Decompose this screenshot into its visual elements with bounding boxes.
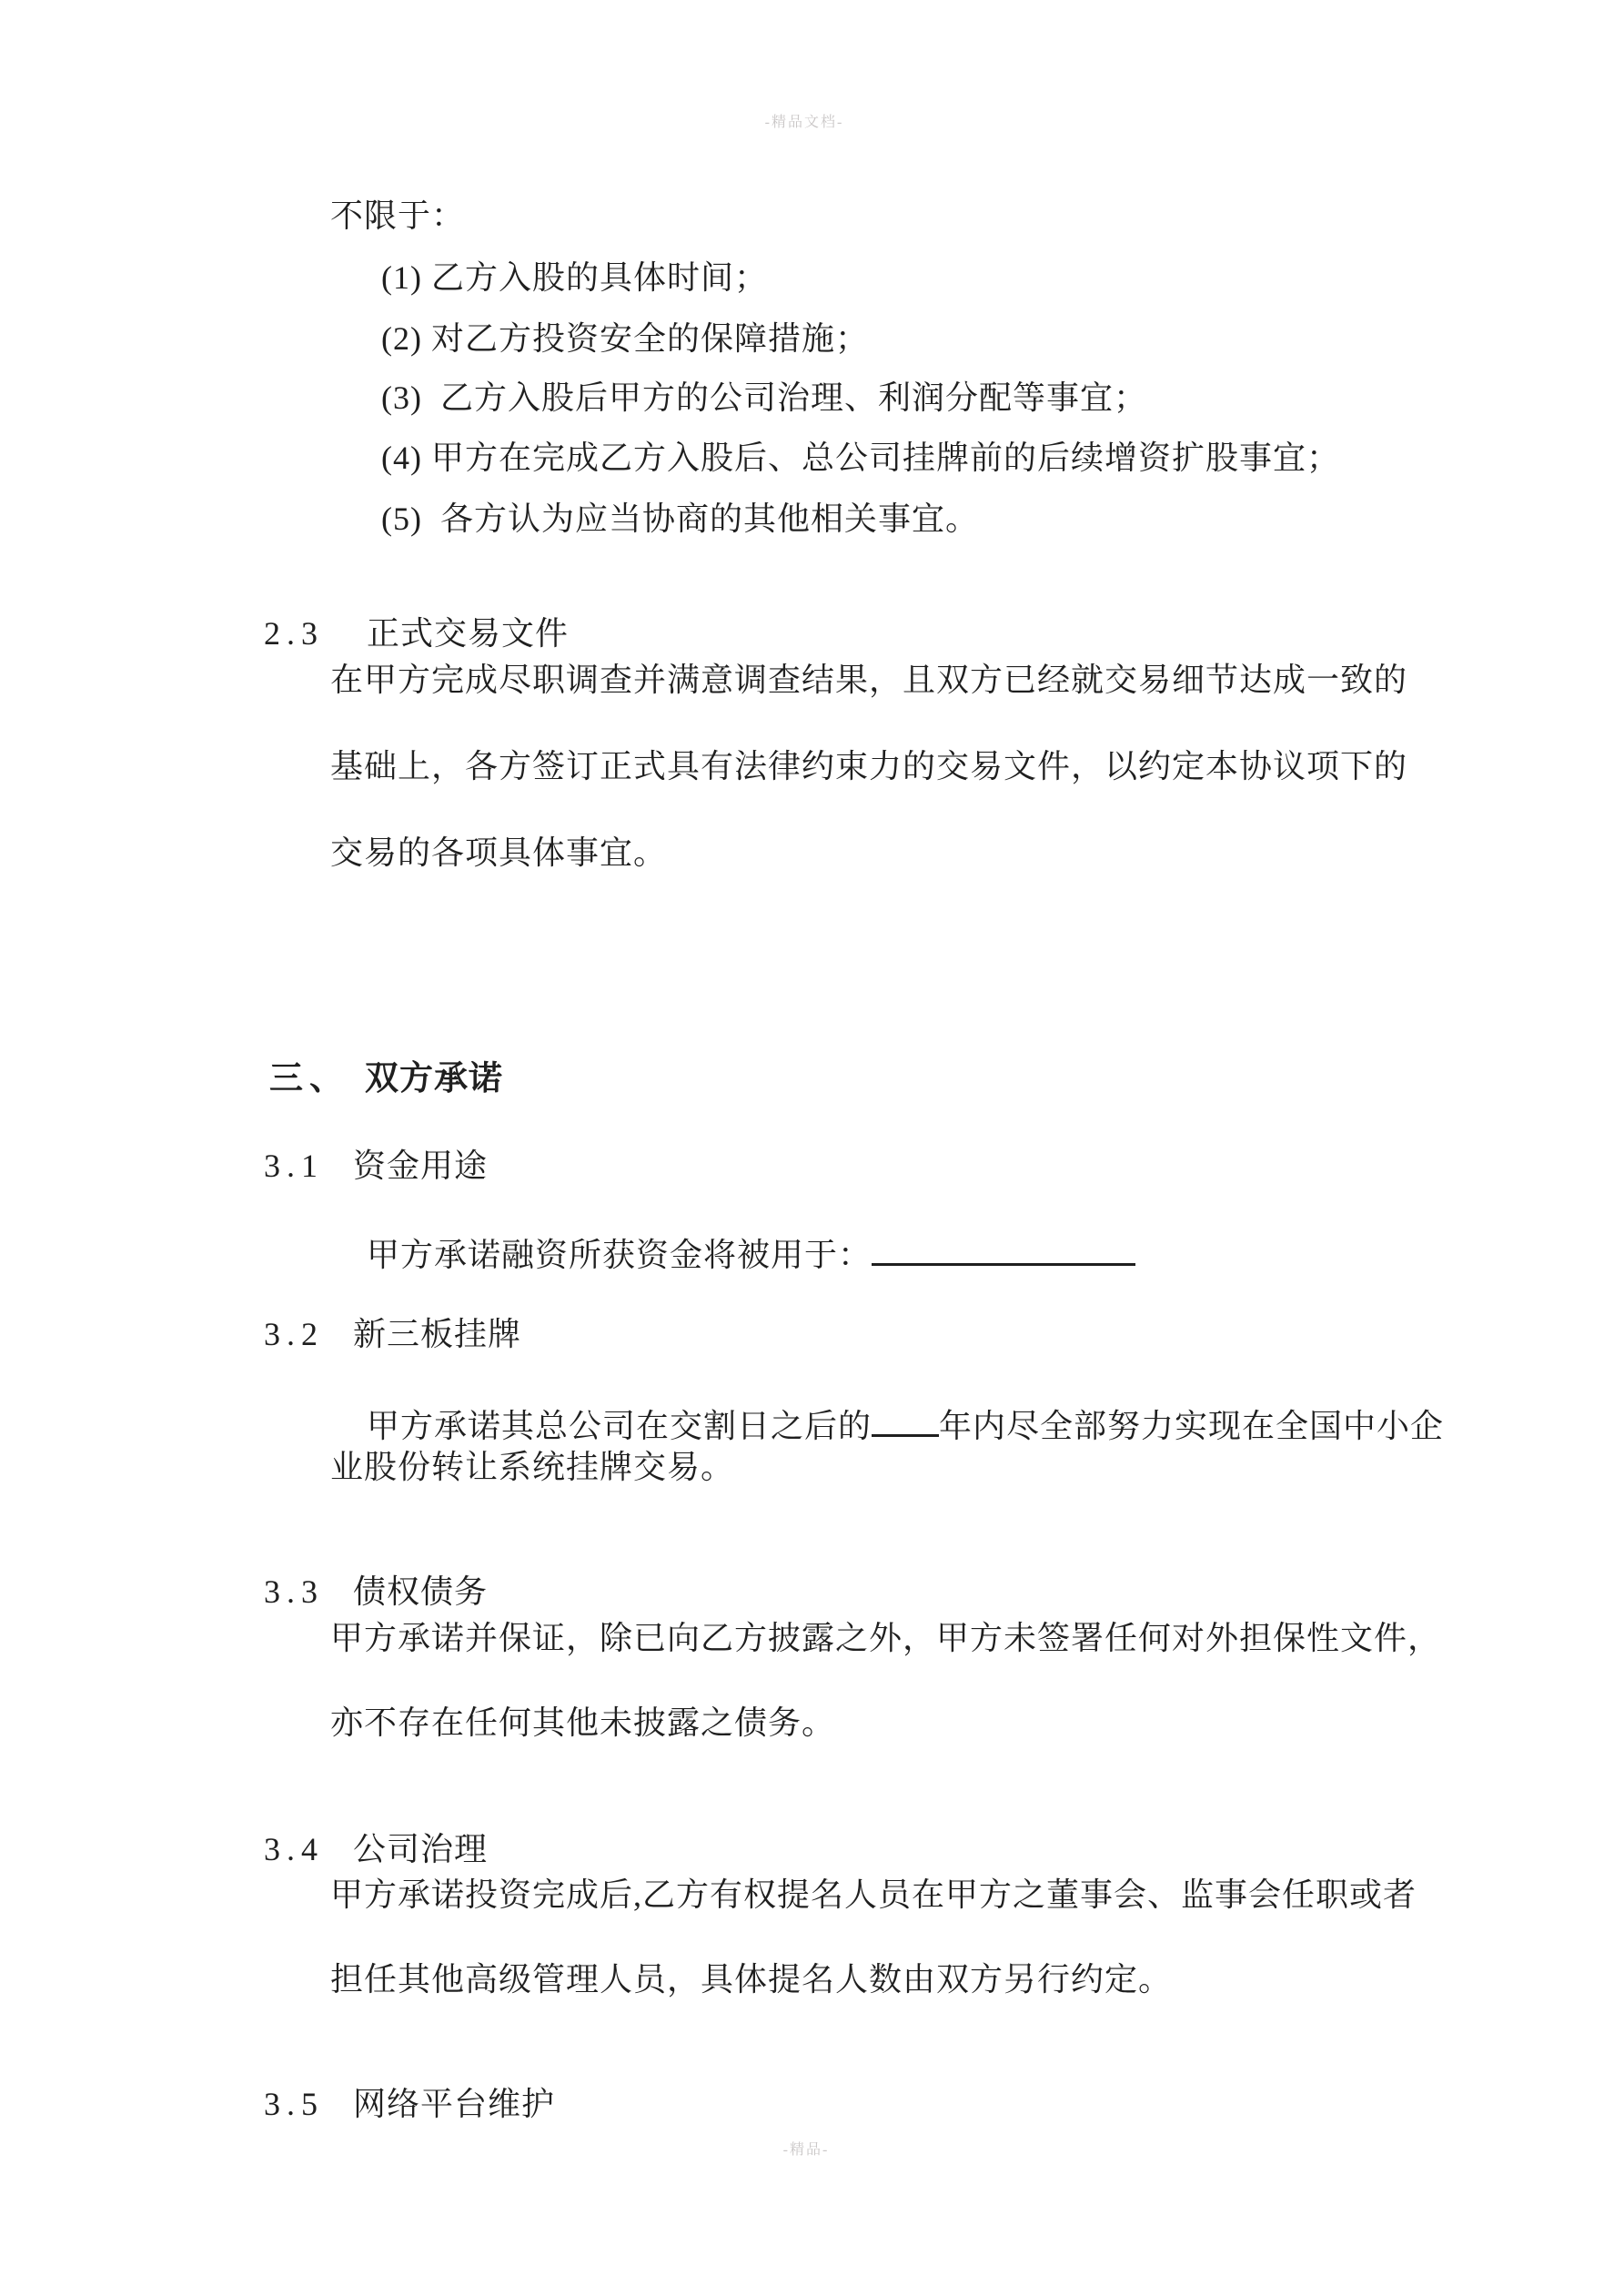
section-2-3-paragraph-line-2: 基础上，各方签订正式具有法律约束力的交易文件，以约定本协议项下的	[330, 746, 1407, 786]
list-item-3: (3) 乙方入股后甲方的公司治理、利润分配等事宜；	[381, 378, 1147, 418]
list-item-1: (1) 乙方入股的具体时间；	[381, 258, 768, 298]
section-3-4-body-line-2: 担任其他高级管理人员，具体提名人数由双方另行约定。	[330, 1959, 1172, 1999]
section-3-1-title: 资金用途	[353, 1148, 488, 1184]
fill-in-blank-funds-use	[872, 1232, 1135, 1266]
section-2-3-paragraph-line-1: 在甲方完成尽职调查并满意调查结果，且双方已经就交易细节达成一致的	[330, 660, 1407, 700]
section-3-4-number: 3.4	[264, 1829, 353, 1869]
section-3-4-title: 公司治理	[353, 1831, 488, 1867]
section-3-3-body-line-2: 亦不存在任何其他未披露之债务。	[330, 1703, 835, 1743]
list-item-4: (4) 甲方在完成乙方入股后、总公司挂牌前的后续增资扩股事宜；	[381, 438, 1340, 478]
section-2-3-number: 2.3	[264, 613, 367, 653]
section-3-1-body-text: 甲方承诺融资所获资金将被用于：	[367, 1237, 872, 1273]
header-watermark: -精品文档-	[765, 115, 844, 131]
section-3-5-title: 网络平台维护	[353, 2086, 555, 2122]
section-3-2-body-before-blank: 甲方承诺其总公司在交割日之后的	[367, 1408, 872, 1444]
section-3-3-title: 债权债务	[353, 1573, 488, 1610]
intro-fragment: 不限于：	[330, 196, 465, 236]
section-2-3-paragraph-line-3: 交易的各项具体事宜。	[330, 833, 667, 873]
section-2-3-title: 正式交易文件	[367, 615, 569, 652]
list-item-2: (2) 对乙方投资安全的保障措施；	[381, 319, 869, 359]
section-3-2-title: 新三板挂牌	[353, 1316, 521, 1352]
section-3-4-body-line-1: 甲方承诺投资完成后,乙方有权提名人员在甲方之董事会、监事会任职或者	[330, 1875, 1417, 1915]
section-3-2-body-line-2: 业股份转让系统挂牌交易。	[330, 1447, 734, 1487]
section-3-2-body-after-blank: 年内尽全部努力实现在全国中小企	[939, 1408, 1444, 1444]
footer-watermark: -精品-	[783, 2142, 830, 2159]
fill-in-blank-years	[872, 1403, 939, 1437]
chapter-3-number: 三、	[269, 1059, 365, 1099]
section-3-1-number: 3.1	[264, 1146, 353, 1186]
document-page: -精品文档- 不限于： (1) 乙方入股的具体时间； (2) 对乙方投资安全的保…	[0, 0, 1624, 2296]
list-item-5: (5) 各方认为应当协商的其他相关事宜。	[381, 499, 979, 539]
section-3-3-number: 3.3	[264, 1572, 353, 1612]
section-3-5-number: 3.5	[264, 2084, 353, 2124]
chapter-3-title: 双方承诺	[365, 1060, 503, 1097]
section-3-3-body-line-1: 甲方承诺并保证，除已向乙方披露之外，甲方未签署任何对外担保性文件，	[330, 1618, 1441, 1658]
section-3-2-number: 3.2	[264, 1314, 353, 1354]
section-3-5-heading: 3.5网络平台维护	[227, 2044, 555, 2164]
